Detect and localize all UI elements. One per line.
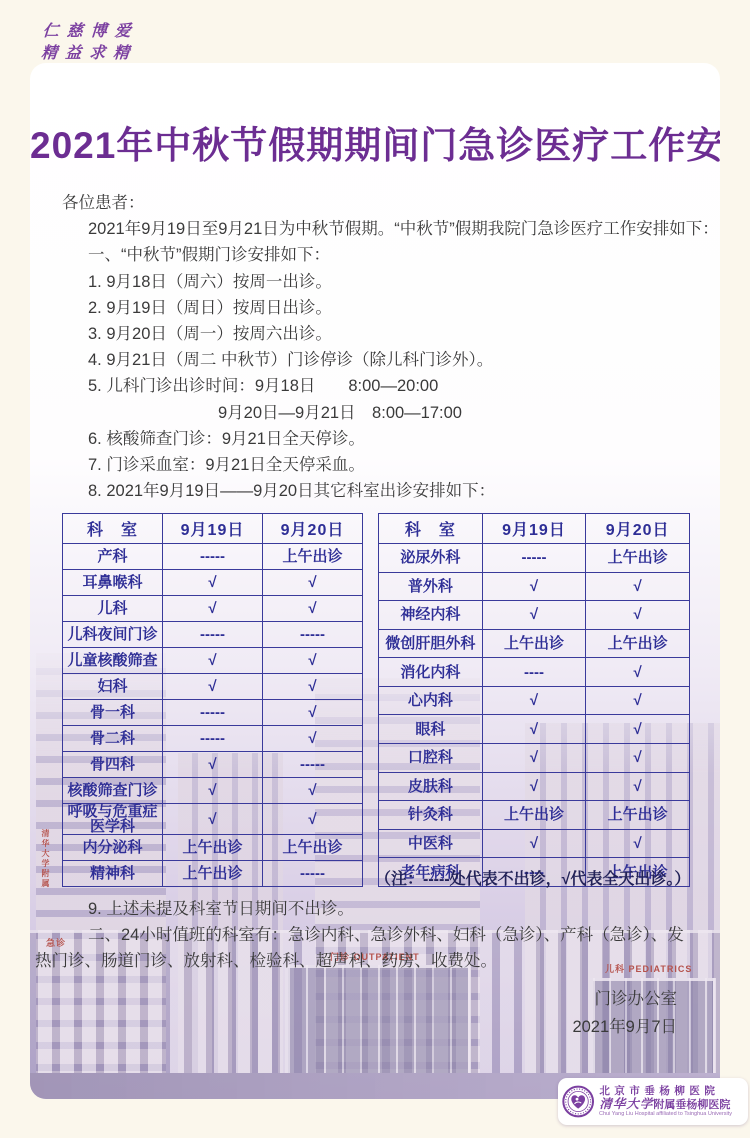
department-cell: 耳鼻喉科: [63, 570, 163, 596]
page-title: 2021年中秋节假期期间门急诊医疗工作安排: [30, 115, 720, 169]
notice-card: 清华大学附属 急诊 门诊 OUTPATIENT 儿科 PEDIATRICS 20…: [30, 63, 720, 1099]
table-header-cell: 科 室: [63, 514, 163, 544]
table-row: 心内科√√: [379, 686, 690, 715]
logo-hospital-name-en: Chui Yang Liu Hospital affiliated to Tsi…: [599, 1112, 732, 1118]
table-header-cell: 9月20日: [586, 514, 690, 544]
hospital-motto: 仁慈博爱 精益求精: [40, 20, 139, 64]
hospital-logo-plate: 北京市垂杨柳医院 清华大学附属垂杨柳医院 Chui Yang Liu Hospi…: [558, 1078, 748, 1125]
body-line: 5. 儿科门诊出诊时间：9月18日 8:00—20:00: [62, 373, 717, 399]
schedule-cell: 上午出诊: [263, 835, 363, 861]
body-line: 2021年9月19日至9月21日为中秋节假期。“中秋节”假期我院门急诊医疗工作安…: [62, 216, 717, 242]
schedule-cell: √: [263, 674, 363, 700]
schedule-cell: √: [163, 778, 263, 804]
signature-block: 门诊办公室 2021年9月7日: [572, 985, 677, 1041]
schedule-cell: -----: [263, 861, 363, 887]
body-line: 6. 核酸筛查门诊：9月21日全天停诊。: [62, 426, 717, 452]
department-cell: 消化内科: [379, 658, 483, 687]
table-row: 微创肝胆外科上午出诊上午出诊: [379, 629, 690, 658]
signature-date: 2021年9月7日: [572, 1013, 677, 1041]
schedule-cell: √: [482, 601, 586, 630]
schedule-cell: -----: [163, 726, 263, 752]
department-cell: 针灸科: [379, 801, 483, 830]
table-row: 口腔科√√: [379, 744, 690, 773]
table-row: 儿科√√: [63, 596, 363, 622]
logo-affiliation-line: 清华大学附属垂杨柳医院: [599, 1097, 744, 1112]
body-line: 7. 门诊采血室：9月21日全天停采血。: [62, 452, 717, 478]
schedule-cell: √: [482, 829, 586, 858]
schedule-cell: -----: [263, 752, 363, 778]
schedule-cell: ----: [482, 658, 586, 687]
schedule-cell: 上午出诊: [586, 544, 690, 573]
logo-affiliation-suffix: 附属垂杨柳医院: [653, 1099, 730, 1111]
table-row: 妇科√√: [63, 674, 363, 700]
department-cell: 核酸筛查门诊: [63, 778, 163, 804]
table-row: 针灸科上午出诊上午出诊: [379, 801, 690, 830]
schedule-cell: 上午出诊: [263, 544, 363, 570]
schedule-cell: √: [482, 715, 586, 744]
schedule-table-left: 科 室9月19日9月20日产科-----上午出诊耳鼻喉科√√儿科√√儿科夜间门诊…: [62, 513, 363, 887]
schedule-cell: √: [263, 570, 363, 596]
schedule-cell: √: [482, 772, 586, 801]
schedule-cell: 上午出诊: [163, 861, 263, 887]
department-cell: 内分泌科: [63, 835, 163, 861]
table-row: 中医科√√: [379, 829, 690, 858]
body-line: 热门诊、肠道门诊、放射科、检验科、超声科、药房、收费处。: [35, 948, 720, 974]
building-side-sign: 清华大学附属: [40, 829, 51, 889]
schedule-cell: √: [586, 658, 690, 687]
schedule-cell: 上午出诊: [586, 801, 690, 830]
body-line: 4. 9月21日（周二 中秋节）门诊停诊（除儿科门诊外）。: [62, 347, 717, 373]
schedule-cell: √: [163, 570, 263, 596]
table-row: 产科-----上午出诊: [63, 544, 363, 570]
department-cell: 骨二科: [63, 726, 163, 752]
body-line: 9. 上述未提及科室节日期间不出诊。: [62, 896, 720, 922]
schedule-cell: √: [586, 686, 690, 715]
department-cell: 心内科: [379, 686, 483, 715]
schedule-cell: 上午出诊: [586, 629, 690, 658]
body-line: 9月20日—9月21日 8:00—17:00: [62, 400, 717, 426]
motto-line-1: 仁慈博爱: [42, 20, 140, 42]
table-header-row: 科 室9月19日9月20日: [379, 514, 690, 544]
schedule-cell: √: [586, 829, 690, 858]
legend-note: （注：-----处代表不出诊，√代表全天出诊。）: [375, 866, 720, 889]
department-cell: 骨一科: [63, 700, 163, 726]
department-cell: 口腔科: [379, 744, 483, 773]
body-line: 1. 9月18日（周六）按周一出诊。: [62, 269, 717, 295]
schedule-cell: √: [586, 572, 690, 601]
schedule-cell: √: [163, 648, 263, 674]
schedule-cell: √: [163, 674, 263, 700]
table-header-cell: 9月19日: [482, 514, 586, 544]
table-row: 骨一科-----√: [63, 700, 363, 726]
department-cell: 儿科夜间门诊: [63, 622, 163, 648]
department-cell: 精神科: [63, 861, 163, 887]
signature-office: 门诊办公室: [572, 985, 677, 1013]
table-row: 儿科夜间门诊----------: [63, 622, 363, 648]
schedule-cell: √: [263, 648, 363, 674]
department-cell: 呼吸与危重症医学科: [63, 804, 163, 835]
schedule-cell: √: [163, 752, 263, 778]
hospital-emblem-icon: [562, 1081, 594, 1122]
schedule-cell: √: [163, 596, 263, 622]
table-row: 儿童核酸筛查√√: [63, 648, 363, 674]
department-cell: 皮肤科: [379, 772, 483, 801]
table-row: 精神科上午出诊-----: [63, 861, 363, 887]
table-row: 呼吸与危重症医学科√√: [63, 804, 363, 835]
schedule-cell: √: [263, 596, 363, 622]
schedule-cell: -----: [163, 700, 263, 726]
table-header-row: 科 室9月19日9月20日: [63, 514, 363, 544]
table-header-cell: 9月20日: [263, 514, 363, 544]
body-line: 二、24小时值班的科室有：急诊内科、急诊外科、妇科（急诊）、产科（急诊）、发: [62, 922, 720, 948]
closing-text: 9. 上述未提及科室节日期间不出诊。二、24小时值班的科室有：急诊内科、急诊外科…: [62, 896, 720, 975]
schedule-cell: √: [586, 744, 690, 773]
table-row: 皮肤科√√: [379, 772, 690, 801]
department-cell: 骨四科: [63, 752, 163, 778]
body-line: 各位患者：: [62, 190, 717, 216]
table-header-cell: 科 室: [379, 514, 483, 544]
department-cell: 妇科: [63, 674, 163, 700]
table-row: 消化内科----√: [379, 658, 690, 687]
department-cell: 眼科: [379, 715, 483, 744]
schedule-cell: √: [263, 778, 363, 804]
schedule-cell: 上午出诊: [482, 801, 586, 830]
department-cell: 泌尿外科: [379, 544, 483, 573]
body-line: 2. 9月19日（周日）按周日出诊。: [62, 295, 717, 321]
schedule-cell: √: [163, 804, 263, 835]
department-cell: 儿科: [63, 596, 163, 622]
table-header-cell: 9月19日: [163, 514, 263, 544]
body-line: 一、“中秋节”假期门诊安排如下：: [62, 242, 717, 268]
department-cell: 中医科: [379, 829, 483, 858]
schedule-cell: √: [586, 772, 690, 801]
department-cell: 产科: [63, 544, 163, 570]
schedule-cell: √: [586, 601, 690, 630]
schedule-cell: -----: [163, 544, 263, 570]
schedule-cell: √: [482, 686, 586, 715]
schedule-cell: 上午出诊: [482, 629, 586, 658]
schedule-cell: -----: [263, 622, 363, 648]
schedule-tables: 科 室9月19日9月20日产科-----上午出诊耳鼻喉科√√儿科√√儿科夜间门诊…: [62, 513, 690, 887]
logo-university-name: 清华大学: [599, 1096, 653, 1111]
table-row: 核酸筛查门诊√√: [63, 778, 363, 804]
body-text: 各位患者：2021年9月19日至9月21日为中秋节假期。“中秋节”假期我院门急诊…: [62, 190, 717, 504]
schedule-cell: √: [482, 572, 586, 601]
schedule-cell: √: [482, 744, 586, 773]
schedule-cell: -----: [482, 544, 586, 573]
schedule-table-right: 科 室9月19日9月20日泌尿外科-----上午出诊普外科√√神经内科√√微创肝…: [378, 513, 690, 887]
department-cell: 普外科: [379, 572, 483, 601]
motto-line-2: 精益求精: [40, 42, 138, 64]
schedule-cell: √: [263, 700, 363, 726]
table-row: 耳鼻喉科√√: [63, 570, 363, 596]
schedule-cell: -----: [163, 622, 263, 648]
body-line: 8. 2021年9月19日——9月20日其它科室出诊安排如下：: [62, 478, 717, 504]
department-cell: 微创肝胆外科: [379, 629, 483, 658]
body-line: 3. 9月20日（周一）按周六出诊。: [62, 321, 717, 347]
table-row: 普外科√√: [379, 572, 690, 601]
schedule-cell: √: [586, 715, 690, 744]
table-row: 泌尿外科-----上午出诊: [379, 544, 690, 573]
schedule-cell: √: [263, 804, 363, 835]
table-row: 内分泌科上午出诊上午出诊: [63, 835, 363, 861]
table-row: 眼科√√: [379, 715, 690, 744]
notice-page: { "motto": { "line1": "仁慈博爱", "line2": "…: [0, 0, 750, 1138]
department-cell: 神经内科: [379, 601, 483, 630]
table-row: 骨四科√-----: [63, 752, 363, 778]
table-row: 骨二科-----√: [63, 726, 363, 752]
schedule-cell: √: [263, 726, 363, 752]
building-outpatient-entrance: [285, 965, 471, 1073]
table-row: 神经内科√√: [379, 601, 690, 630]
schedule-cell: 上午出诊: [163, 835, 263, 861]
department-cell: 儿童核酸筛查: [63, 648, 163, 674]
